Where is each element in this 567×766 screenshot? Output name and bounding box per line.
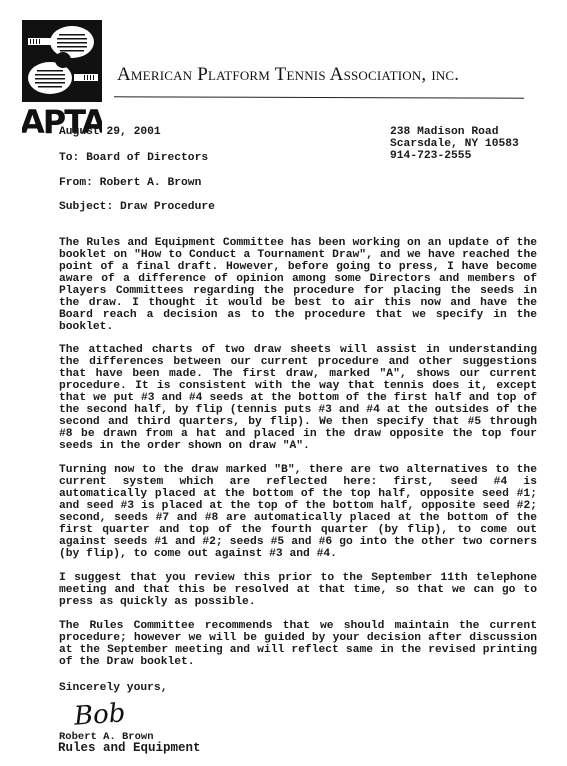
- sender-line: From: Robert A. Brown: [59, 177, 201, 189]
- signer-title: Rules and Equipment: [58, 742, 201, 754]
- handwritten-signature: Bob: [73, 698, 126, 732]
- organization-name: American Platform Tennis Association, in…: [117, 64, 459, 86]
- subject-line: Subject: Draw Procedure: [59, 201, 215, 213]
- apta-logo: APTA: [22, 20, 102, 135]
- body-paragraph-2: The attached charts of two draw sheets w…: [59, 344, 537, 452]
- letterhead-rule: [114, 96, 524, 98]
- closing-salutation: Sincerely yours,: [59, 682, 167, 694]
- body-paragraph-3: Turning now to the draw marked "B", ther…: [59, 464, 537, 560]
- body-paragraph-5: The Rules Committee recommends that we s…: [59, 620, 537, 668]
- recipient-line: To: Board of Directors: [59, 152, 208, 164]
- org-name-word-2: Platform: [197, 64, 274, 85]
- body-paragraph-4: I suggest that you review this prior to …: [59, 572, 537, 608]
- body-paragraph-1: The Rules and Equipment Committee has be…: [59, 237, 537, 333]
- address-phone: 914-723-2555: [390, 150, 471, 162]
- org-name-word-1: American: [117, 64, 197, 85]
- address-city: Scarsdale, NY 10583: [390, 138, 519, 150]
- address-street: 238 Madison Road: [390, 126, 498, 138]
- letter-date: August 29, 2001: [59, 126, 161, 138]
- org-name-word-3: Tennis: [275, 64, 330, 85]
- org-name-word-4: Association, inc.: [330, 64, 460, 85]
